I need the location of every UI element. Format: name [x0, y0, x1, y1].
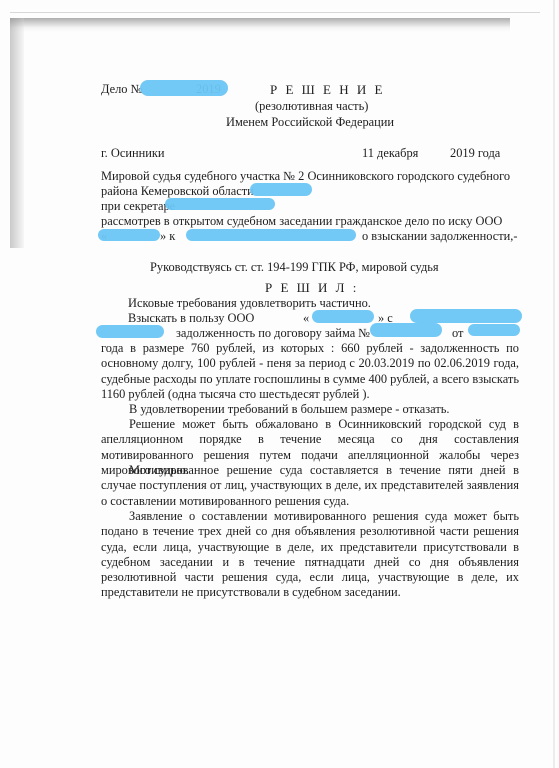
- ruling-loan-line-b: от: [452, 326, 463, 341]
- decided-heading: Р Е Ш И Л :: [265, 280, 359, 295]
- ruling-paragraph-2-amounts: года в размере 760 рублей, из которых : …: [101, 341, 519, 402]
- ruling-paragraph-5: Мотивированное решение суда составляется…: [101, 463, 519, 509]
- redaction-loan-number: [370, 323, 442, 337]
- authority-line: Именем Российской Федерации: [226, 115, 394, 130]
- ruling-recover-line-a: Взыскать в пользу ООО: [128, 311, 254, 326]
- redaction-judge-name: [250, 183, 312, 196]
- redaction-secretary-name: [165, 198, 275, 210]
- document-title: Р Е Ш Е Н И Е: [270, 82, 385, 97]
- ruling-amounts-text: года в размере 760 рублей, из которых : …: [101, 341, 519, 402]
- intro-line-1: Мировой судья судебного участка № 2 Осин…: [101, 169, 510, 184]
- redaction-debtor-name-2: [96, 325, 164, 338]
- ruling-motivated-decision-text: Мотивированное решение суда составляется…: [101, 463, 519, 509]
- decision-year: 2019 года: [450, 146, 500, 161]
- redaction-debtor-name: [410, 309, 522, 323]
- document-subtitle: (резолютивная часть): [255, 99, 368, 114]
- decision-date: 11 декабря: [362, 146, 418, 161]
- ruling-recover-line-b: «: [303, 311, 309, 326]
- intro-line-3: при секретаре: [101, 199, 175, 214]
- redaction-case-number: [140, 80, 228, 96]
- ruling-paragraph-3: В удовлетворении требований в большем ра…: [101, 402, 519, 417]
- redaction-loan-date: [468, 324, 520, 336]
- court-decision-page: Дело № 2019 Р Е Ш Е Н И Е (резолютивная …: [0, 0, 559, 768]
- intro-line-5-b: » к: [160, 229, 175, 244]
- legal-basis: Руководствуясь ст. ст. 194-199 ГПК РФ, м…: [150, 260, 439, 275]
- city: г. Осинники: [101, 146, 165, 161]
- ruling-refusal-text: В удовлетворении требований в большем ра…: [101, 402, 519, 417]
- ruling-application-text: Заявление о составлении мотивированного …: [101, 509, 519, 601]
- ruling-paragraph-1: Исковые требования удовлетворить частичн…: [128, 296, 371, 311]
- case-number-label: Дело №: [101, 82, 142, 97]
- redaction-company-name: [312, 310, 374, 323]
- intro-line-4: рассмотрев в открытом судебном заседании…: [101, 214, 519, 229]
- redaction-plaintiff: [98, 229, 160, 241]
- ruling-paragraph-6: Заявление о составлении мотивированного …: [101, 509, 519, 601]
- intro-line-5-c: о взыскании задолженности,-: [362, 229, 518, 244]
- ruling-loan-line-a: задолженность по договору займа №: [176, 326, 370, 341]
- intro-line-2: района Кемеровской области: [101, 184, 254, 199]
- redaction-defendant: [186, 229, 356, 241]
